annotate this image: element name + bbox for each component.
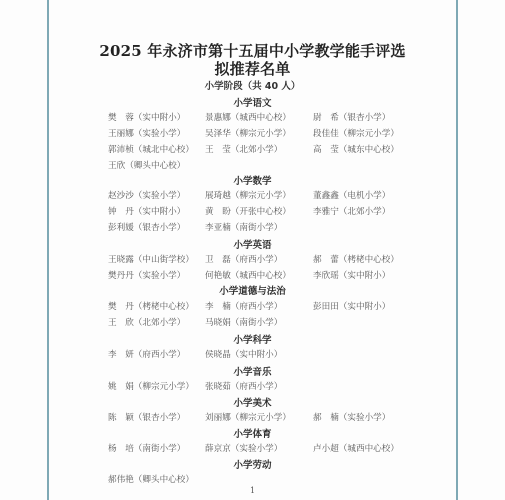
nominee-entry: 王 欣（北郊小学） [108,316,185,328]
nominee-entry: 黄 盼（开张中心校） [205,205,291,217]
page-number: 1 [250,486,255,495]
nominee-entry: 陈 颖（银杏小学） [108,411,185,423]
table-row: 樊丹丹（实验小学） 何艳敏（城西中心校） 李欣瑶（实中附小） [0,269,505,283]
table-row: 赵沙沙（实验小学） 展琦越（柳宗元小学） 董鑫鑫（电机小学） [0,189,505,203]
nominee-entry: 展琦越（柳宗元小学） [205,189,291,201]
nominee-entry: 刘丽娜（柳宗元小学） [205,411,291,423]
section-heading-art: 小学美术 [0,395,505,409]
nominee-entry: 张晓茹（府西小学） [205,380,282,392]
nominee-entry: 李亚楠（南街小学） [205,221,282,233]
section-heading-chinese: 小学语文 [0,95,505,109]
nominee-entry: 姚 娟（柳宗元小学） [108,380,194,392]
table-row: 彭利媛（银杏小学） 李亚楠（南街小学） [0,221,505,235]
nominee-entry: 樊丹丹（实验小学） [108,269,185,281]
section-heading-morality-law: 小学道德与法治 [0,283,505,297]
nominee-entry: 王晓露（中山街学校） [108,253,194,265]
nominee-entry: 马晓娟（南街小学） [205,316,282,328]
table-row: 郭沛桢（城北中心校） 王 莹（北郊小学） 高 莹（城东中心校） [0,143,505,157]
section-heading-science: 小学科学 [0,332,505,346]
nominee-entry: 高 莹（城东中心校） [313,143,399,155]
nominee-entry: 卢小超（城西中心校） [313,442,399,454]
table-row: 王 欣（北郊小学） 马晓娟（南街小学） [0,316,505,330]
section-heading-pe: 小学体育 [0,426,505,440]
table-row: 姚 娟（柳宗元小学） 张晓茹（府西小学） [0,380,505,394]
table-row: 郝伟艳（卿头中心校） [0,473,505,487]
table-row: 李 妍（府西小学） 侯晓晶（实中附小） [0,348,505,362]
nominee-entry: 郝 蕾（栲栳中心校） [313,253,399,265]
nominee-entry: 郝伟艳（卿头中心校） [108,473,194,485]
section-heading-music: 小学音乐 [0,364,505,378]
nominee-entry: 卫 磊（府西小学） [205,253,282,265]
nominee-entry: 郝 楠（实验小学） [313,411,390,423]
nominee-entry: 李雅宁（北郊小学） [313,205,390,217]
section-heading-math: 小学数学 [0,173,505,187]
section-heading-labor: 小学劳动 [0,457,505,471]
table-row: 王丽娜（实验小学） 吴泽华（柳宗元小学） 段佳佳（柳宗元小学） [0,127,505,141]
nominee-entry: 樊 丹（栲栳中心校） [108,300,194,312]
nominee-entry: 杨 培（南街小学） [108,442,185,454]
table-row: 王晓露（中山街学校） 卫 磊（府西小学） 郝 蕾（栲栳中心校） [0,253,505,267]
nominee-entry: 李欣瑶（实中附小） [313,269,390,281]
nominee-entry: 王欣（卿头中心校） [108,159,185,171]
nominee-entry: 侯晓晶（实中附小） [205,348,282,360]
table-row: 杨 培（南街小学） 薛京京（实验小学） 卢小超（城西中心校） [0,442,505,456]
nominee-entry: 钟 丹（实中附小） [108,205,185,217]
nominee-entry: 彭利媛（银杏小学） [108,221,185,233]
nominee-entry: 薛京京（实验小学） [205,442,282,454]
nominee-entry: 尉 希（银杏小学） [313,111,390,123]
table-row: 陈 颖（银杏小学） 刘丽娜（柳宗元小学） 郝 楠（实验小学） [0,411,505,425]
nominee-entry: 王 莹（北郊小学） [205,143,282,155]
nominee-entry: 段佳佳（柳宗元小学） [313,127,399,139]
section-heading-english: 小学英语 [0,237,505,251]
nominee-entry: 赵沙沙（实验小学） [108,189,185,201]
nominee-entry: 王丽娜（实验小学） [108,127,185,139]
nominee-entry: 彭田田（实中附小） [313,300,390,312]
document-title-line2: 拟推荐名单 [0,58,505,79]
nominee-entry: 何艳敏（城西中心校） [205,269,291,281]
nominee-entry: 李 楠（府西小学） [205,300,282,312]
document-subtitle: 小学阶段（共 40 人） [0,78,505,92]
nominee-entry: 董鑫鑫（电机小学） [313,189,390,201]
table-row: 钟 丹（实中附小） 黄 盼（开张中心校） 李雅宁（北郊小学） [0,205,505,219]
table-row: 樊 丹（栲栳中心校） 李 楠（府西小学） 彭田田（实中附小） [0,300,505,314]
table-row: 王欣（卿头中心校） [0,159,505,173]
table-row: 樊 蓉（实中附小） 景惠娜（城西中心校） 尉 希（银杏小学） [0,111,505,125]
nominee-entry: 吴泽华（柳宗元小学） [205,127,291,139]
nominee-entry: 郭沛桢（城北中心校） [108,143,194,155]
nominee-entry: 景惠娜（城西中心校） [205,111,291,123]
nominee-entry: 李 妍（府西小学） [108,348,185,360]
nominee-entry: 樊 蓉（实中附小） [108,111,185,123]
